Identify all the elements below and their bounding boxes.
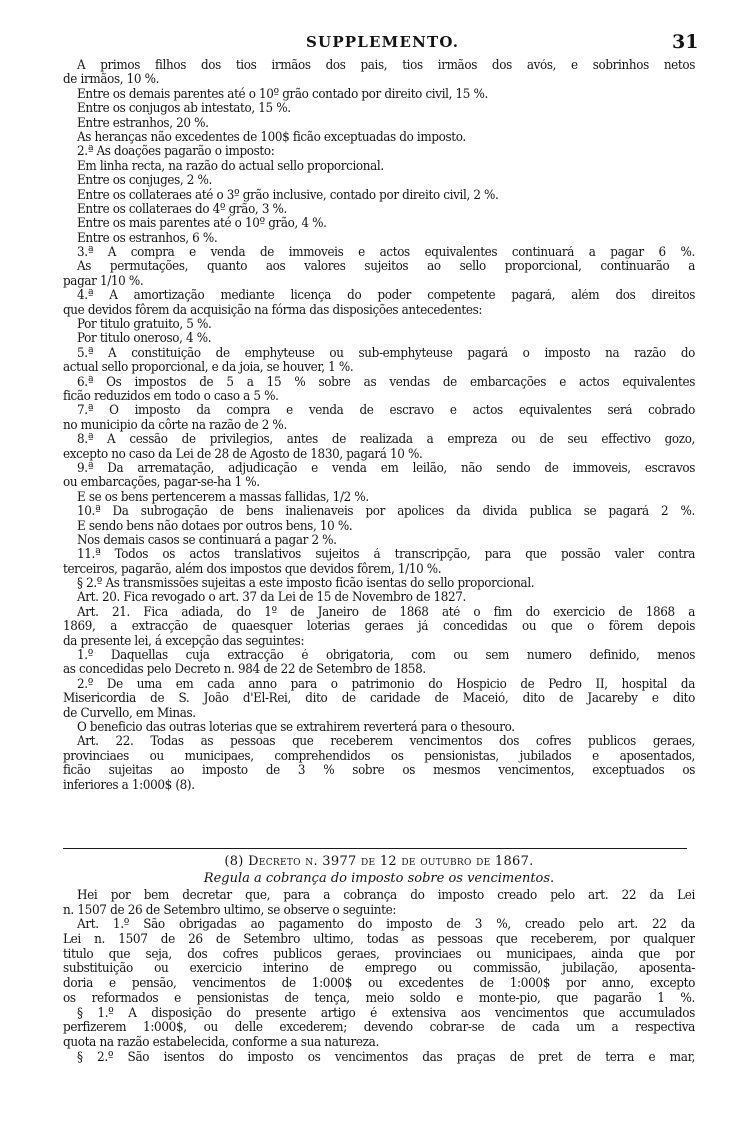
text-line: Entre os mais parentes até o 10º grão, 4… — [63, 217, 695, 231]
text-line: As heranças não excedentes de 100$ ficão… — [63, 131, 695, 145]
text-line: provinciaes ou municipaes, comprehendido… — [63, 750, 695, 764]
text-line: 9.ª Da arrematação, adjudicação e venda … — [63, 462, 695, 476]
text-line: E sendo bens não dotaes por outros bens,… — [63, 520, 695, 534]
text-line: os reformados e pensionistas de tença, m… — [63, 992, 695, 1007]
document-page: SUPPLEMENTO. 31 A primos filhos dos tios… — [0, 0, 736, 1139]
text-line: as concedidas pelo Decreto n. 984 de 22 … — [63, 663, 695, 677]
text-line: Por titulo gratuito, 5 %. — [63, 318, 695, 332]
text-line: § 2.º São isentos do imposto os vencimen… — [63, 1051, 695, 1066]
text-line: 8.ª A cessão de privilegios, antes de re… — [63, 433, 695, 447]
text-line: Entre os conjuges, 2 %. — [63, 174, 695, 188]
text-line: terceiros, pagarão, além dos impostos qu… — [63, 563, 695, 577]
text-line: de irmãos, 10 %. — [63, 73, 695, 87]
text-line: ficão sujeitas ao imposto de 3 % sobre o… — [63, 764, 695, 778]
text-line: Art. 20. Fica revogado o art. 37 da Lei … — [63, 591, 695, 605]
text-line: A primos filhos dos tios irmãos dos pais… — [63, 59, 695, 73]
footnote-block: (8) Decreto n. 3977 de 12 de outubro de … — [63, 853, 695, 1065]
text-line: Art. 22. Todas as pessoas que receberem … — [63, 735, 695, 749]
footnote-text-block: Hei por bem decretar que, para a cobranç… — [63, 889, 695, 1065]
text-line: 11.ª Todos os actos translativos sujeito… — [63, 548, 695, 562]
text-line: de Curvello, em Minas. — [63, 707, 695, 721]
running-title: SUPPLEMENTO. — [306, 33, 459, 51]
text-line: excepto no caso da Lei de 28 de Agosto d… — [63, 448, 695, 462]
main-text-block: A primos filhos dos tios irmãos dos pais… — [63, 59, 695, 793]
text-line: Art. 1.º São obrigadas ao pagamento do i… — [63, 918, 695, 933]
text-line: Art. 21. Fica adiada, do 1º de Janeiro d… — [63, 606, 695, 620]
text-line: 2.º De uma em cada anno para o patrimoni… — [63, 678, 695, 692]
text-line: perfizerem 1:000$, ou delle excederem; d… — [63, 1021, 695, 1036]
text-line: doria e pensão, vencimentos de 1:000$ ou… — [63, 977, 695, 992]
text-line: inferiores a 1:000$ (8). — [63, 779, 695, 793]
text-line: 5.ª A constituição de emphyteuse ou sub-… — [63, 347, 695, 361]
text-line: E se os bens pertencerem a massas fallid… — [63, 491, 695, 505]
text-line: Entre estranhos, 20 %. — [63, 117, 695, 131]
text-line: Misericordia de S. João d'El-Rei, dito d… — [63, 692, 695, 706]
text-line: § 2.º As transmissões sujeitas a este im… — [63, 577, 695, 591]
text-line: Entre os demais parentes até o 10º grão … — [63, 88, 695, 102]
text-line: As permutações, quanto aos valores sujei… — [63, 260, 695, 274]
text-line: 6.ª Os impostos de 5 a 15 % sobre as ven… — [63, 376, 695, 390]
text-line: n. 1507 de 26 de Setembro ultimo, se obs… — [63, 904, 695, 919]
text-line: 2.ª As doações pagarão o imposto: — [63, 145, 695, 159]
footnote-separator-rule — [63, 848, 687, 849]
text-line: ou embarcações, pagar-se-ha 1 %. — [63, 476, 695, 490]
text-line: Entre os conjugos ab intestato, 15 %. — [63, 102, 695, 116]
footnote-title: Decreto n. 3977 de 12 de outubro de 1867… — [248, 854, 534, 869]
text-line: da presente lei, á excepção das seguinte… — [63, 635, 695, 649]
text-line: 1869, a extracção de quaesquer loterias … — [63, 620, 695, 634]
text-line: Nos demais casos se continuará a pagar 2… — [63, 534, 695, 548]
footnote-marker: (8) — [224, 854, 243, 869]
text-line: quota na razão estabelecida, conforme a … — [63, 1036, 695, 1051]
footnote-heading: (8) Decreto n. 3977 de 12 de outubro de … — [63, 853, 695, 870]
text-line: 10.ª Da subrogação de bens inalienaveis … — [63, 505, 695, 519]
text-line: Hei por bem decretar que, para a cobranç… — [63, 889, 695, 904]
text-line: ficão reduzidos em todo o caso a 5 %. — [63, 390, 695, 404]
text-line: Por titulo oneroso, 4 %. — [63, 332, 695, 346]
text-line: Entre os collateraes até o 3º grão inclu… — [63, 189, 695, 203]
text-line: no municipio da côrte na razão de 2 %. — [63, 419, 695, 433]
text-line: 3.ª A compra e venda de immoveis e actos… — [63, 246, 695, 260]
text-line: titulo que seja, dos cofres publicos ger… — [63, 948, 695, 963]
text-line: Entre os estranhos, 6 %. — [63, 232, 695, 246]
text-line: pagar 1/10 %. — [63, 275, 695, 289]
text-line: que devidos fôrem da acquisição na fórma… — [63, 304, 695, 318]
text-line: O beneficio das outras loterias que se e… — [63, 721, 695, 735]
text-line: Em linha recta, na razão do actual sello… — [63, 160, 695, 174]
text-line: actual sello proporcional, e da joia, se… — [63, 361, 695, 375]
page-number: 31 — [672, 31, 698, 53]
text-line: Entre os collateraes do 4º grão, 3 %. — [63, 203, 695, 217]
page-header: SUPPLEMENTO. 31 — [0, 33, 736, 57]
text-line: 1.º Daquellas cuja extracção é obrigator… — [63, 649, 695, 663]
text-line: 7.ª O imposto da compra e venda de escra… — [63, 404, 695, 418]
footnote-subtitle: Regula a cobrança do imposto sobre os ve… — [63, 870, 695, 887]
text-line: Lei n. 1507 de 26 de Setembro ultimo, to… — [63, 933, 695, 948]
text-line: 4.ª A amortização mediante licença do po… — [63, 289, 695, 303]
text-line: substituição ou exercicio interino de em… — [63, 962, 695, 977]
text-line: § 1.º A disposição do presente artigo é … — [63, 1007, 695, 1022]
